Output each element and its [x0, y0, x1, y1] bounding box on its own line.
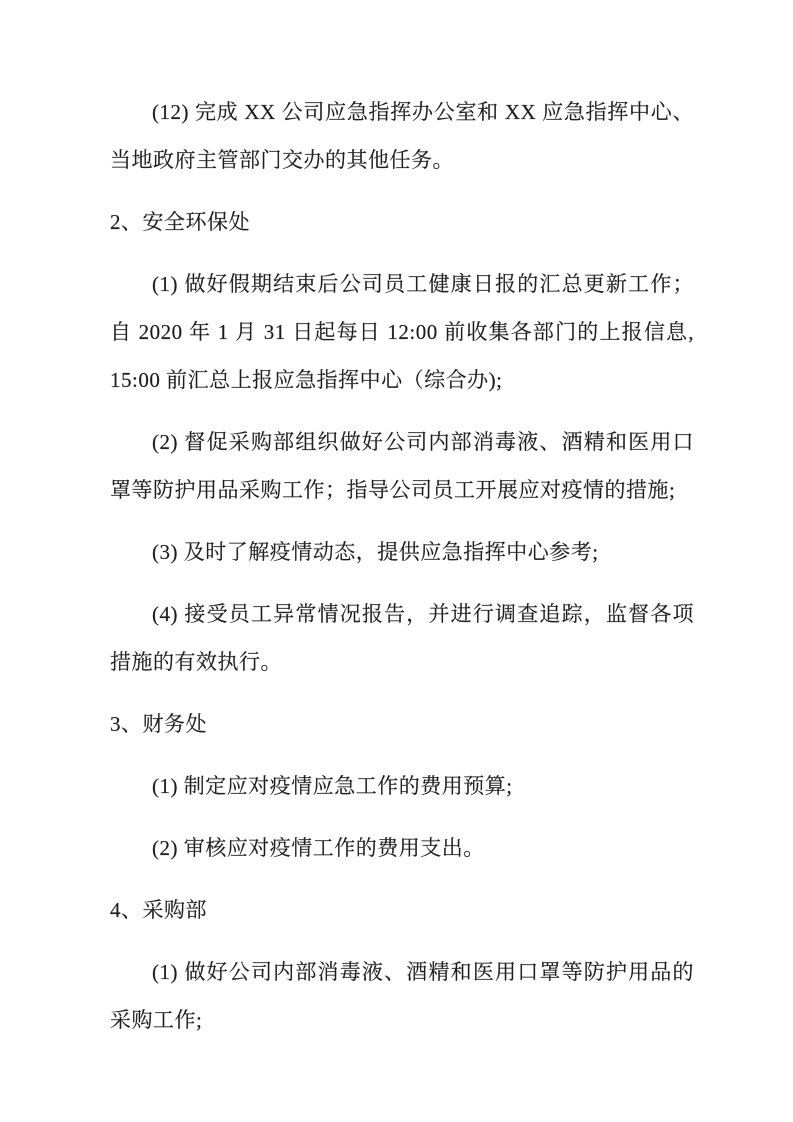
document-page: (12) 完成 XX 公司应急指挥办公室和 XX 应急指挥中心、当地政府主管部门…: [0, 0, 793, 1122]
paragraph-item-3-2: (2) 审核应对疫情工作的费用支出。: [110, 824, 694, 872]
section-heading-3-finance: 3、财务处: [110, 700, 694, 748]
paragraph-item-2-3: (3) 及时了解疫情动态，提供应急指挥中心参考;: [110, 528, 694, 576]
paragraph-item-3-1: (1) 制定应对疫情应急工作的费用预算;: [110, 762, 694, 810]
paragraph-item-2-4: (4) 接受员工异常情况报告，并进行调查追踪，监督各项措施的有效执行。: [110, 590, 694, 686]
paragraph-item-4-1: (1) 做好公司内部消毒液、酒精和医用口罩等防护用品的采购工作;: [110, 948, 694, 1044]
paragraph-item-12: (12) 完成 XX 公司应急指挥办公室和 XX 应急指挥中心、当地政府主管部门…: [110, 88, 694, 184]
section-heading-4-purchase: 4、采购部: [110, 886, 694, 934]
document-body: (12) 完成 XX 公司应急指挥办公室和 XX 应急指挥中心、当地政府主管部门…: [110, 88, 694, 1058]
paragraph-item-2-1: (1) 做好假期结束后公司员工健康日报的汇总更新工作；自 2020 年 1 月 …: [110, 260, 694, 404]
section-heading-2-safety: 2、安全环保处: [110, 198, 694, 246]
paragraph-item-2-2: (2) 督促采购部组织做好公司内部消毒液、酒精和医用口罩等防护用品采购工作；指导…: [110, 418, 694, 514]
